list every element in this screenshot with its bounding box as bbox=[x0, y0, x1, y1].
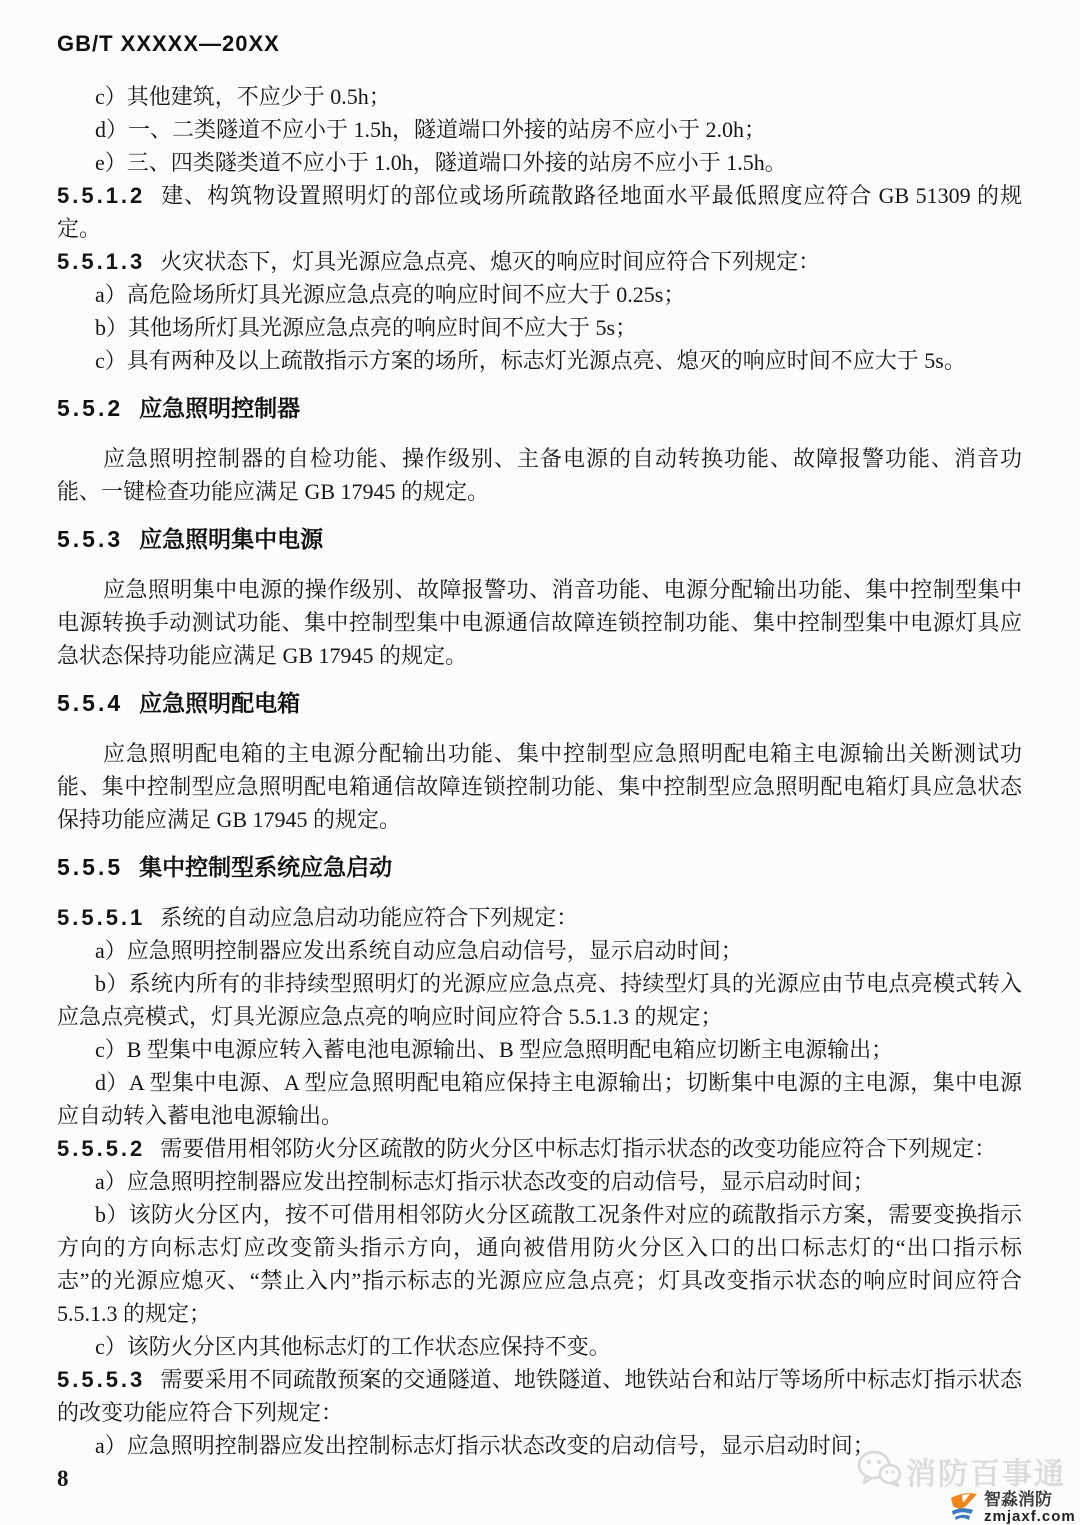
heading-title: 应急照明配电箱 bbox=[139, 690, 300, 716]
clause-number: 5.5.5.1 bbox=[57, 905, 145, 930]
list-item: b）系统内所有的非持续型照明灯的光源应应急点亮、持续型灯具的光源应由节电点亮模式… bbox=[57, 967, 1022, 1033]
clause-text: 需要采用不同疏散预案的交通隧道、地铁隧道、地铁站台和站厅等场所中标志灯指示状态的… bbox=[57, 1367, 1022, 1425]
list-item: a）高危险场所灯具光源应急点亮的响应时间不应大于 0.25s； bbox=[57, 278, 1022, 311]
list-item: d）A 型集中电源、A 型应急照明配电箱应保持主电源输出；切断集中电源的主电源，… bbox=[57, 1066, 1022, 1132]
heading-number: 5.5.5 bbox=[57, 854, 123, 880]
clause: 5.5.5.2需要借用相邻防火分区疏散的防火分区中标志灯指示状态的改变功能应符合… bbox=[57, 1132, 1022, 1165]
site-url: zmjaxf.com bbox=[984, 1509, 1076, 1525]
clause-number: 5.5.5.3 bbox=[57, 1367, 145, 1392]
heading-title: 应急照明控制器 bbox=[139, 395, 300, 421]
clause-text: 火灾状态下，灯具光源应急点亮、熄灭的响应时间应符合下列规定： bbox=[160, 249, 820, 274]
watermark-brand-row: 消防百事通 bbox=[856, 1448, 1066, 1493]
section-heading: 5.5.4应急照明配电箱 bbox=[57, 687, 1022, 720]
page-number: 8 bbox=[57, 1466, 69, 1492]
clause: 5.5.5.3需要采用不同疏散预案的交通隧道、地铁隧道、地铁站台和站厅等场所中标… bbox=[57, 1363, 1022, 1429]
list-item: e）三、四类隧类道不应小于 1.0h，隧道端口外接的站房不应小于 1.5h。 bbox=[57, 146, 1022, 179]
list-item: d）一、二类隧道不应小于 1.5h，隧道端口外接的站房不应小于 2.0h； bbox=[57, 113, 1022, 146]
watermark-brand-text: 消防百事通 bbox=[906, 1449, 1066, 1493]
section-heading: 5.5.2应急照明控制器 bbox=[57, 392, 1022, 425]
company-name: 智淼消防 bbox=[984, 1491, 1076, 1509]
watermark: 消防百事通 智淼消防 zmjaxf.com bbox=[856, 1448, 1066, 1525]
list-item: c）其他建筑，不应少于 0.5h； bbox=[57, 80, 1022, 113]
list-item: c）该防火分区内其他标志灯的工作状态应保持不变。 bbox=[57, 1330, 1022, 1363]
list-item: c）具有两种及以上疏散指示方案的场所，标志灯光源点亮、熄灭的响应时间不应大于 5… bbox=[57, 344, 1022, 377]
list-item: c）B 型集中电源应转入蓄电池电源输出、B 型应急照明配电箱应切断主电源输出； bbox=[57, 1033, 1022, 1066]
clause: 5.5.1.3火灾状态下，灯具光源应急点亮、熄灭的响应时间应符合下列规定： bbox=[57, 245, 1022, 278]
clause-number: 5.5.1.2 bbox=[57, 183, 145, 208]
list-item: a）应急照明控制器应发出系统自动应急启动信号，显示启动时间； bbox=[57, 934, 1022, 967]
paragraph: 应急照明集中电源的操作级别、故障报警功、消音功能、电源分配输出功能、集中控制型集… bbox=[57, 573, 1022, 672]
heading-number: 5.5.2 bbox=[57, 395, 123, 421]
clause-number: 5.5.5.2 bbox=[57, 1136, 145, 1161]
clause: 5.5.5.1系统的自动应急启动功能应符合下列规定： bbox=[57, 901, 1022, 934]
heading-title: 应急照明集中电源 bbox=[139, 526, 323, 552]
clause-text: 建、构筑物设置照明灯的部位或场所疏散路径地面水平最低照度应符合 GB 51309… bbox=[57, 183, 1022, 241]
paragraph: 应急照明配电箱的主电源分配输出功能、集中控制型应急照明配电箱主电源输出关断测试功… bbox=[57, 737, 1022, 836]
paragraph: 应急照明控制器的自检功能、操作级别、主备电源的自动转换功能、故障报警功能、消音功… bbox=[57, 442, 1022, 508]
wechat-icon bbox=[856, 1448, 902, 1493]
list-item: b）该防火分区内，按不可借用相邻防火分区疏散工况条件对应的疏散指示方案，需要变换… bbox=[57, 1198, 1022, 1330]
standard-code-header: GB/T XXXXX—20XX bbox=[57, 27, 1022, 60]
heading-number: 5.5.3 bbox=[57, 526, 123, 552]
list-item: b）其他场所灯具光源应急点亮的响应时间不应大于 5s； bbox=[57, 311, 1022, 344]
watermark-site-text: 智淼消防 zmjaxf.com bbox=[984, 1491, 1076, 1525]
heading-title: 集中控制型系统应急启动 bbox=[139, 854, 392, 880]
clause-number: 5.5.1.3 bbox=[57, 249, 145, 274]
zhimiao-logo-icon bbox=[948, 1489, 980, 1525]
clause-text: 系统的自动应急启动功能应符合下列规定： bbox=[160, 905, 578, 930]
section-heading: 5.5.5集中控制型系统应急启动 bbox=[57, 851, 1022, 884]
heading-number: 5.5.4 bbox=[57, 690, 123, 716]
document-body: c）其他建筑，不应少于 0.5h； d）一、二类隧道不应小于 1.5h，隧道端口… bbox=[57, 80, 1022, 1462]
section-heading: 5.5.3应急照明集中电源 bbox=[57, 523, 1022, 556]
list-item: a）应急照明控制器应发出控制标志灯指示状态改变的启动信号，显示启动时间； bbox=[57, 1165, 1022, 1198]
clause-text: 需要借用相邻防火分区疏散的防火分区中标志灯指示状态的改变功能应符合下列规定： bbox=[160, 1136, 996, 1161]
watermark-site-row: 智淼消防 zmjaxf.com bbox=[948, 1489, 1066, 1525]
clause: 5.5.1.2建、构筑物设置照明灯的部位或场所疏散路径地面水平最低照度应符合 G… bbox=[57, 179, 1022, 245]
document-page: GB/T XXXXX—20XX c）其他建筑，不应少于 0.5h； d）一、二类… bbox=[0, 0, 1080, 1525]
